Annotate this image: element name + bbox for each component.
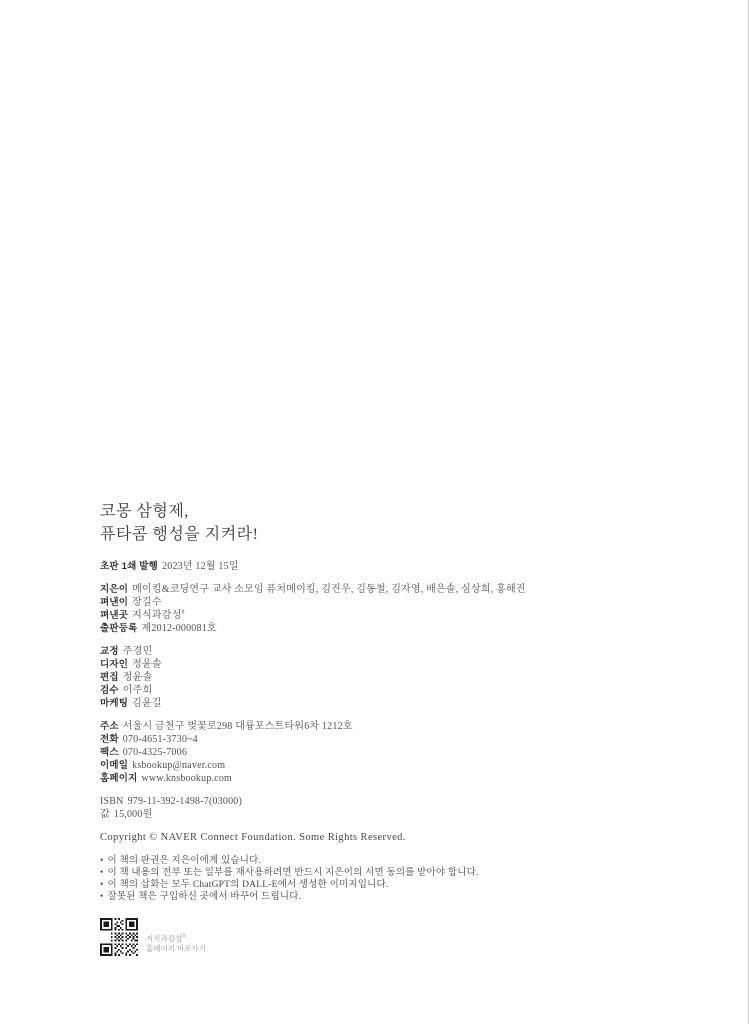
qr-section: 지식과감성# 홈페이지 바로가기 bbox=[100, 917, 660, 957]
book-title-line-2: 퓨타콤 행성을 지켜라! bbox=[100, 526, 258, 543]
price-line: 값15,000원 bbox=[100, 808, 660, 821]
design-line: 디자인정윤솔 bbox=[100, 658, 660, 671]
fax-line: 팩스070-4325-7006 bbox=[100, 746, 660, 759]
publisher-block: 지은이메이킹&코딩연구 교사 소모임 퓨처메이킹, 김진우, 김동철, 김자영,… bbox=[100, 583, 660, 635]
fax-label: 팩스 bbox=[100, 747, 119, 758]
fax-value: 070-4325-7006 bbox=[123, 747, 187, 758]
price-label: 값 bbox=[100, 809, 110, 820]
qr-finder-top-right bbox=[125, 918, 138, 931]
website-line: 홈페이지www.knsbookup.com bbox=[100, 772, 660, 785]
note-rights: •이 책의 판권은 지은이에게 있습니다. bbox=[100, 855, 660, 867]
marketing-value: 김윤길 bbox=[132, 698, 162, 709]
website-label: 홈페이지 bbox=[100, 773, 138, 784]
bullet-marker: • bbox=[100, 868, 104, 878]
colophon-page: 코몽 삼형제, 퓨타콤 행성을 지켜라! 초판 1쇄 발행2023년 12월 1… bbox=[0, 0, 749, 1024]
registration-value: 제2012-000081호 bbox=[142, 623, 217, 634]
registration-label: 출판등록 bbox=[100, 623, 138, 634]
publishing-house-name: 지식과감성 bbox=[132, 610, 181, 621]
registration-line: 출판등록제2012-000081호 bbox=[100, 622, 660, 635]
bullet-marker: • bbox=[100, 880, 104, 890]
isbn-value: 979-11-392-1498-7(03000) bbox=[128, 796, 242, 807]
proofreading-line: 교정주경민 bbox=[100, 645, 660, 658]
address-value: 서울시 금천구 벚꽃로298 대륭포스트타워6차 1212호 bbox=[123, 721, 353, 732]
note-text: 잘못된 책은 구입하신 곳에서 바꾸어 드립니다. bbox=[108, 892, 302, 902]
publishing-house-line: 펴낸곳지식과감성# bbox=[100, 609, 660, 622]
note-reuse: •이 책 내용의 전부 또는 일부를 재사용하려면 반드시 지은이의 서면 동의… bbox=[100, 867, 660, 879]
price-value: 15,000원 bbox=[114, 809, 153, 820]
review-line: 검수이주희 bbox=[100, 684, 660, 697]
book-title: 코몽 삼형제, 퓨타콤 행성을 지켜라! bbox=[100, 500, 660, 546]
email-value: ksbookup@naver.com bbox=[132, 760, 225, 771]
colophon-content: 코몽 삼형제, 퓨타콤 행성을 지켜라! 초판 1쇄 발행2023년 12월 1… bbox=[100, 500, 660, 957]
book-title-line-1: 코몽 삼형제, bbox=[100, 503, 189, 520]
proofreading-value: 주경민 bbox=[123, 646, 153, 657]
address-line: 주소서울시 금천구 벚꽃로298 대륭포스트타워6차 1212호 bbox=[100, 720, 660, 733]
address-label: 주소 bbox=[100, 721, 119, 732]
review-label: 검수 bbox=[100, 685, 119, 696]
qr-caption-name: 지식과감성 bbox=[146, 934, 182, 943]
notes-block: •이 책의 판권은 지은이에게 있습니다. •이 책 내용의 전부 또는 일부를… bbox=[100, 855, 660, 903]
publishing-house-label: 펴낸곳 bbox=[100, 610, 128, 621]
publisher-person-value: 장길수 bbox=[132, 597, 162, 608]
qr-caption: 지식과감성# 홈페이지 바로가기 bbox=[146, 934, 206, 957]
note-text: 이 책의 판권은 지은이에게 있습니다. bbox=[108, 856, 262, 866]
authors-label: 지은이 bbox=[100, 584, 128, 595]
design-label: 디자인 bbox=[100, 659, 128, 670]
contact-block: 주소서울시 금천구 벚꽃로298 대륭포스트타워6차 1212호 전화070-4… bbox=[100, 720, 660, 785]
isbn-line: ISBN979-11-392-1498-7(03000) bbox=[100, 795, 660, 808]
phone-label: 전화 bbox=[100, 734, 119, 745]
authors-line: 지은이메이킹&코딩연구 교사 소모임 퓨처메이킹, 김진우, 김동철, 김자영,… bbox=[100, 583, 660, 596]
phone-value: 070-4651-3730~4 bbox=[123, 734, 198, 745]
qr-caption-sup: # bbox=[182, 934, 185, 940]
publisher-person-line: 펴낸이장길수 bbox=[100, 596, 660, 609]
design-value: 정윤솔 bbox=[132, 659, 162, 670]
editing-value: 정윤솔 bbox=[123, 672, 153, 683]
bullet-marker: • bbox=[100, 892, 104, 902]
publisher-person-label: 펴낸이 bbox=[100, 597, 128, 608]
publishing-house-sup: # bbox=[181, 610, 184, 616]
authors-value: 메이킹&코딩연구 교사 소모임 퓨처메이킹, 김진우, 김동철, 김자영, 배은… bbox=[132, 584, 526, 595]
proofreading-label: 교정 bbox=[100, 646, 119, 657]
copyright-notice: Copyright © NAVER Connect Foundation. So… bbox=[100, 831, 660, 845]
review-value: 이주희 bbox=[123, 685, 153, 696]
qr-code-icon bbox=[100, 917, 138, 957]
email-line: 이메일ksbookup@naver.com bbox=[100, 759, 660, 772]
marketing-label: 마케팅 bbox=[100, 698, 128, 709]
note-exchange: •잘못된 책은 구입하신 곳에서 바꾸어 드립니다. bbox=[100, 891, 660, 903]
website-value: www.knsbookup.com bbox=[142, 773, 233, 784]
isbn-block: ISBN979-11-392-1498-7(03000) 값15,000원 bbox=[100, 795, 660, 821]
edition-block: 초판 1쇄 발행2023년 12월 15일 bbox=[100, 560, 660, 573]
email-label: 이메일 bbox=[100, 760, 128, 771]
phone-line: 전화070-4651-3730~4 bbox=[100, 733, 660, 746]
editing-line: 편집정윤솔 bbox=[100, 671, 660, 684]
qr-finder-bottom-left bbox=[100, 943, 113, 956]
note-illustrations: •이 책의 삽화는 모두 ChatGPT의 DALL-E에서 생성한 이미지입니… bbox=[100, 879, 660, 891]
publishing-house-value: 지식과감성# bbox=[132, 610, 185, 621]
qr-caption-line-1: 지식과감성# bbox=[146, 934, 206, 944]
edition-line: 초판 1쇄 발행2023년 12월 15일 bbox=[100, 560, 660, 573]
qr-caption-line-2: 홈페이지 바로가기 bbox=[146, 944, 206, 954]
editing-label: 편집 bbox=[100, 672, 119, 683]
bullet-marker: • bbox=[100, 856, 104, 866]
note-text: 이 책 내용의 전부 또는 일부를 재사용하려면 반드시 지은이의 서면 동의를… bbox=[108, 868, 479, 878]
isbn-label: ISBN bbox=[100, 796, 124, 807]
marketing-line: 마케팅김윤길 bbox=[100, 697, 660, 710]
edition-value: 2023년 12월 15일 bbox=[162, 561, 239, 572]
staff-block: 교정주경민 디자인정윤솔 편집정윤솔 검수이주희 마케팅김윤길 bbox=[100, 645, 660, 710]
qr-finder-top-left bbox=[100, 918, 113, 931]
note-text: 이 책의 삽화는 모두 ChatGPT의 DALL-E에서 생성한 이미지입니다… bbox=[108, 880, 389, 890]
edition-label: 초판 1쇄 발행 bbox=[100, 561, 158, 572]
